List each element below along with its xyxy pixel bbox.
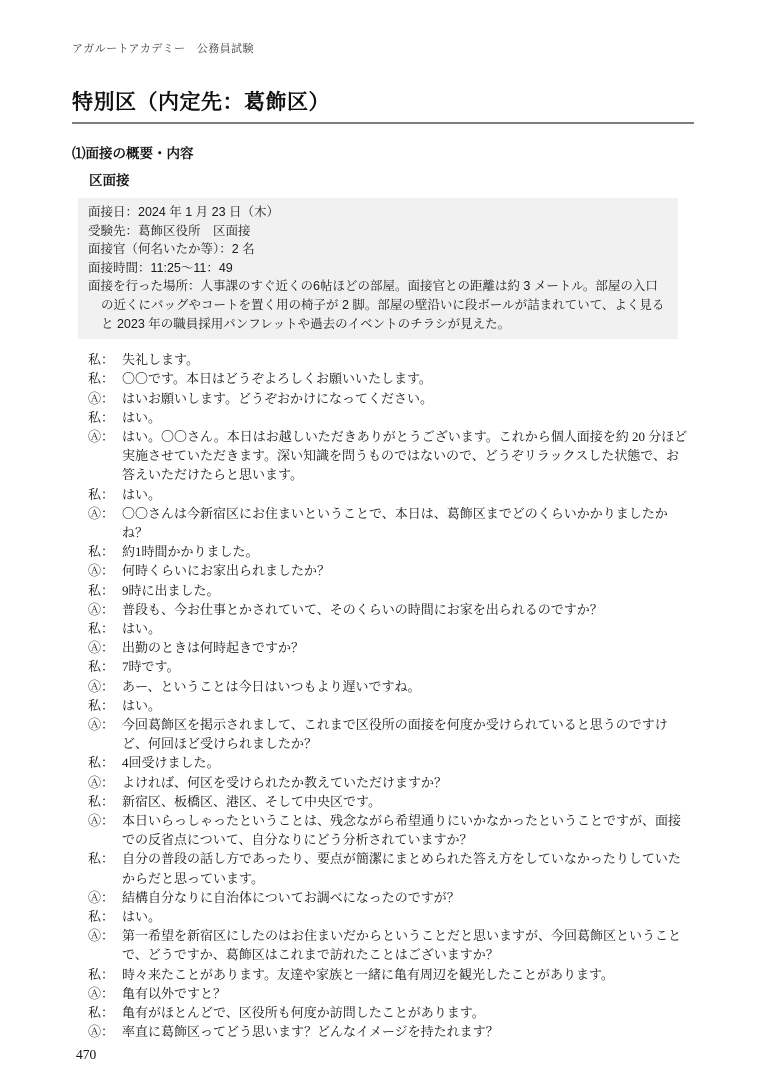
utterance-text: はいお願いします。どうぞおかけになってください。 — [122, 389, 692, 408]
dialogue-turn: Ⓐ： 率直に葛飾区ってどう思います？どんなイメージを持たれます？ — [88, 1022, 692, 1041]
dialogue-turn: Ⓐ： はいお願いします。どうぞおかけになってください。 — [88, 389, 692, 408]
speaker-label: 私： — [88, 849, 122, 887]
dialogue-turn: 私： はい。 — [88, 696, 692, 715]
section-heading-interview-overview: ⑴面接の概要・内容 — [72, 142, 694, 162]
speaker-label: Ⓐ： — [88, 773, 122, 792]
speaker-label: 私： — [88, 1003, 122, 1022]
utterance-text: はい。 — [122, 619, 692, 638]
speaker-label: 私： — [88, 696, 122, 715]
dialogue-turn: Ⓐ： 結構自分なりに自治体についてお調べになったのですが？ — [88, 888, 692, 907]
speaker-label: 私： — [88, 619, 122, 638]
speaker-label: 私： — [88, 408, 122, 427]
speaker-label: 私： — [88, 792, 122, 811]
dialogue-transcript: 私： 失礼します。 私： 〇〇です。本日はどうぞよろしくお願いいたします。 Ⓐ：… — [88, 350, 692, 1041]
speaker-label: Ⓐ： — [88, 926, 122, 964]
speaker-label: 私： — [88, 753, 122, 772]
subsection-heading-ward-interview: 区面接 — [89, 169, 694, 189]
dialogue-turn: 私： 自分の普段の話し方であったり、要点が簡潔にまとめられた答え方をしていなかっ… — [88, 849, 692, 887]
speaker-label: Ⓐ： — [88, 600, 122, 619]
speaker-label: Ⓐ： — [88, 427, 122, 485]
utterance-text: 〇〇です。本日はどうぞよろしくお願いいたします。 — [122, 369, 692, 388]
utterance-text: はい。〇〇さん。本日はお越しいただきありがとうございます。これから個人面接を約 … — [122, 427, 692, 485]
speaker-label: 私： — [88, 657, 122, 676]
interview-info-box: 面接日：2024 年 1 月 23 日（木）受験先：葛飾区役所 区面接面接官（何… — [78, 198, 678, 339]
speaker-label: 私： — [88, 965, 122, 984]
utterance-text: 結構自分なりに自治体についてお調べになったのですが？ — [122, 888, 692, 907]
dialogue-turn: 私： 時々来たことがあります。友達や家族と一緒に亀有周辺を観光したことがあります… — [88, 965, 692, 984]
utterance-text: 出勤のときは何時起きですか？ — [122, 638, 692, 657]
dialogue-turn: 私： 〇〇です。本日はどうぞよろしくお願いいたします。 — [88, 369, 692, 388]
utterance-text: 失礼します。 — [122, 350, 692, 369]
speaker-label: Ⓐ： — [88, 811, 122, 849]
dialogue-turn: 私： 失礼します。 — [88, 350, 692, 369]
utterance-text: 4回受けました。 — [122, 753, 692, 772]
dialogue-turn: Ⓐ： 本日いらっしゃったということは、残念ながら希望通りにいかなかったということ… — [88, 811, 692, 849]
speaker-label: Ⓐ： — [88, 638, 122, 657]
dialogue-turn: 私： 亀有がほとんどで、区役所も何度か訪問したことがあります。 — [88, 1003, 692, 1022]
info-box-line: 面接日：2024 年 1 月 23 日（木） — [88, 203, 668, 222]
dialogue-turn: Ⓐ： 第一希望を新宿区にしたのはお住まいだからということだと思いますが、今回葛飾… — [88, 926, 692, 964]
utterance-text: 亀有以外ですと？ — [122, 984, 692, 1003]
speaker-label: 私： — [88, 542, 122, 561]
speaker-label: Ⓐ： — [88, 984, 122, 1003]
utterance-text: 時々来たことがあります。友達や家族と一緒に亀有周辺を観光したことがあります。 — [122, 965, 692, 984]
utterance-text: 本日いらっしゃったということは、残念ながら希望通りにいかなかったということですが… — [122, 811, 692, 849]
dialogue-turn: Ⓐ： 何時くらいにお家出られましたか？ — [88, 561, 692, 580]
dialogue-turn: 私： はい。 — [88, 619, 692, 638]
utterance-text: あー、ということは今日はいつもより遅いですね。 — [122, 677, 692, 696]
dialogue-turn: 私： 約1時間かかりました。 — [88, 542, 692, 561]
dialogue-turn: Ⓐ： はい。〇〇さん。本日はお越しいただきありがとうございます。これから個人面接… — [88, 427, 692, 485]
running-header: アガルートアカデミー 公務員試験 — [72, 40, 694, 56]
utterance-text: 亀有がほとんどで、区役所も何度か訪問したことがあります。 — [122, 1003, 692, 1022]
utterance-text: 今回葛飾区を掲示されまして、これまで区役所の面接を何度か受けられていると思うので… — [122, 715, 692, 753]
utterance-text: 〇〇さんは今新宿区にお住まいということで、本日は、葛飾区までどのくらいかかりまし… — [122, 504, 692, 542]
page-number: 470 — [76, 1047, 96, 1063]
dialogue-turn: 私： 9時に出ました。 — [88, 581, 692, 600]
utterance-text: はい。 — [122, 485, 692, 504]
info-box-line: 面接官（何名いたか等）：2 名 — [88, 240, 668, 259]
speaker-label: 私： — [88, 907, 122, 926]
speaker-label: 私： — [88, 350, 122, 369]
document-page: アガルートアカデミー 公務員試験 特別区（内定先：葛飾区） ⑴面接の概要・内容 … — [0, 0, 768, 1084]
speaker-label: Ⓐ： — [88, 715, 122, 753]
speaker-label: 私： — [88, 369, 122, 388]
utterance-text: はい。 — [122, 907, 692, 926]
utterance-text: はい。 — [122, 696, 692, 715]
dialogue-turn: Ⓐ： 亀有以外ですと？ — [88, 984, 692, 1003]
utterance-text: はい。 — [122, 408, 692, 427]
dialogue-turn: 私： はい。 — [88, 485, 692, 504]
speaker-label: 私： — [88, 581, 122, 600]
page-title: 特別区（内定先：葛飾区） — [72, 86, 694, 124]
utterance-text: 率直に葛飾区ってどう思います？どんなイメージを持たれます？ — [122, 1022, 692, 1041]
speaker-label: 私： — [88, 485, 122, 504]
speaker-label: Ⓐ： — [88, 1022, 122, 1041]
utterance-text: 新宿区、板橋区、港区、そして中央区です。 — [122, 792, 692, 811]
utterance-text: よければ、何区を受けられたか教えていただけますか？ — [122, 773, 692, 792]
utterance-text: 第一希望を新宿区にしたのはお住まいだからということだと思いますが、今回葛飾区とい… — [122, 926, 692, 964]
utterance-text: 自分の普段の話し方であったり、要点が簡潔にまとめられた答え方をしていなかったりし… — [122, 849, 692, 887]
dialogue-turn: 私： 4回受けました。 — [88, 753, 692, 772]
speaker-label: Ⓐ： — [88, 677, 122, 696]
dialogue-turn: Ⓐ： 出勤のときは何時起きですか？ — [88, 638, 692, 657]
utterance-text: 7時です。 — [122, 657, 692, 676]
utterance-text: 9時に出ました。 — [122, 581, 692, 600]
info-box-line: 面接を行った場所：人事課のすぐ近くの6帖ほどの部屋。面接官との距離は約 3 メー… — [88, 277, 668, 333]
info-box-line: 面接時間：11:25～11：49 — [88, 259, 668, 278]
speaker-label: Ⓐ： — [88, 504, 122, 542]
dialogue-turn: 私： 7時です。 — [88, 657, 692, 676]
utterance-text: 何時くらいにお家出られましたか？ — [122, 561, 692, 580]
dialogue-turn: Ⓐ： 今回葛飾区を掲示されまして、これまで区役所の面接を何度か受けられていると思… — [88, 715, 692, 753]
dialogue-turn: 私： はい。 — [88, 408, 692, 427]
speaker-label: Ⓐ： — [88, 389, 122, 408]
dialogue-turn: Ⓐ： 〇〇さんは今新宿区にお住まいということで、本日は、葛飾区までどのくらいかか… — [88, 504, 692, 542]
speaker-label: Ⓐ： — [88, 561, 122, 580]
speaker-label: Ⓐ： — [88, 888, 122, 907]
dialogue-turn: 私： 新宿区、板橋区、港区、そして中央区です。 — [88, 792, 692, 811]
dialogue-turn: Ⓐ： よければ、何区を受けられたか教えていただけますか？ — [88, 773, 692, 792]
utterance-text: 普段も、今お仕事とかされていて、そのくらいの時間にお家を出られるのですか？ — [122, 600, 692, 619]
dialogue-turn: 私： はい。 — [88, 907, 692, 926]
dialogue-turn: Ⓐ： 普段も、今お仕事とかされていて、そのくらいの時間にお家を出られるのですか？ — [88, 600, 692, 619]
dialogue-turn: Ⓐ： あー、ということは今日はいつもより遅いですね。 — [88, 677, 692, 696]
utterance-text: 約1時間かかりました。 — [122, 542, 692, 561]
info-box-line: 受験先：葛飾区役所 区面接 — [88, 222, 668, 241]
